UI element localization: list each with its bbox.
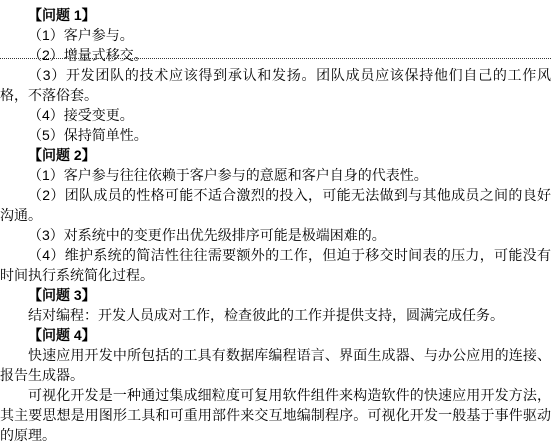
question-2-heading: 【问题 2】 (0, 145, 551, 165)
question-3-heading: 【问题 3】 (0, 285, 551, 305)
dotted-page-break-line (0, 58, 551, 59)
question-4-heading: 【问题 4】 (0, 325, 551, 345)
answer-paragraph: （2）增量式移交。 (0, 45, 551, 65)
answer-paragraph: （2）团队成员的性格可能不适合激烈的投入，可能无法做到与其他成员之间的良好沟通。 (0, 185, 551, 225)
answer-paragraph: （4）维护系统的简洁性往往需要额外的工作，但迫于移交时间表的压力，可能没有时间执… (0, 245, 551, 285)
answer-paragraph: （5）保持简单性。 (0, 125, 551, 145)
answer-paragraph: （4）接受变更。 (0, 105, 551, 125)
document-page: 【问题 1】 （1）客户参与。 （2）增量式移交。 （3）开发团队的技术应该得到… (0, 0, 551, 443)
answer-paragraph: （1）客户参与。 (0, 25, 551, 45)
answer-paragraph: 快速应用开发中所包括的工具有数据库编程语言、界面生成器、与办公应用的连接、报告生… (0, 345, 551, 385)
answer-paragraph: 可视化开发是一种通过集成细粒度可复用软件组件来构造软件的快速应用开发方法，其主要… (0, 385, 551, 443)
answer-paragraph: （1）客户参与往往依赖于客户参与的意愿和客户自身的代表性。 (0, 165, 551, 185)
answer-paragraph: 结对编程：开发人员成对工作，检查彼此的工作并提供支持，圆满完成任务。 (0, 305, 551, 325)
question-1-heading: 【问题 1】 (0, 5, 551, 25)
answer-paragraph: （3）开发团队的技术应该得到承认和发扬。团队成员应该保持他们自己的工作风格，不落… (0, 65, 551, 105)
answer-paragraph: （3）对系统中的变更作出优先级排序可能是极端困难的。 (0, 225, 551, 245)
